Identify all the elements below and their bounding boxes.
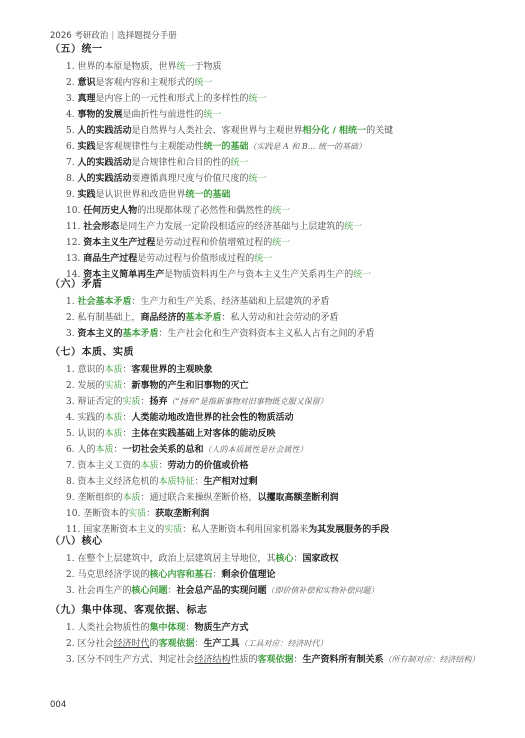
item-number: 3. (66, 94, 75, 104)
keyword-highlight: 客观依据 (258, 655, 294, 665)
bold-term: 商品经济的 (140, 313, 185, 323)
item-text: 垄断资本的 (83, 509, 128, 519)
keyword-highlight: 统一 (272, 206, 290, 216)
item-number: 3. (66, 655, 75, 665)
item-text: 区分社会 (77, 639, 113, 649)
item-text: 是劳动过程与价值形成过程的 (137, 254, 254, 264)
keyword-highlight: 核心 (275, 554, 293, 564)
item-number: 10. (66, 206, 80, 216)
section-embodiment-basis: （九）集中体现、客观依据、标志1. 人类社会物质性的集中体现：物质生产方式2. … (50, 602, 510, 668)
item-number: 1. (66, 365, 75, 375)
item-number: 13. (66, 254, 80, 264)
list-item: 1. 在整个上层建筑中，政治上层建筑居主导地位，其核心：国家政权 (50, 551, 510, 567)
bold-term: 意识 (77, 78, 95, 88)
item-number: 5. (66, 429, 75, 439)
keyword-highlight: 本质 (104, 413, 122, 423)
page-number: 004 (50, 700, 66, 710)
bold-term: 生产工具 (204, 639, 240, 649)
list-item: 2. 意识是客观内容和主观形式的统一 (50, 75, 510, 91)
item-text: 人的 (77, 445, 95, 455)
item-number: 2. (66, 78, 75, 88)
list-item: 10. 任何历史人物的出现都体现了必然性和偶然性的统一 (50, 203, 510, 219)
item-number: 2. (66, 381, 75, 391)
keyword-highlight: 本质 (104, 365, 122, 375)
bold-term: 商品生产过程 (83, 254, 137, 264)
keyword-highlight: 本质 (95, 445, 113, 455)
list-item: 4. 事物的发展是曲折性与前进性的统一 (50, 107, 510, 123)
list-item: 6. 人的本质：一切社会关系的总和（人的本质属性是社会属性） (50, 442, 510, 458)
list-item: 3. 社会再生产的核心问题：社会总产品的实现问题（即价值补偿和实物补偿问题） (50, 583, 510, 599)
item-text: 于物质 (195, 62, 222, 72)
item-text: ： (114, 445, 123, 455)
bold-term: 真理 (77, 94, 95, 104)
item-text: 意识的 (77, 365, 104, 375)
item-number: 2. (66, 639, 75, 649)
item-text: 是同生产力发展一定阶段相适应的经济基础与上层建筑的 (119, 222, 344, 232)
keyword-highlight: 实质 (104, 381, 122, 391)
list-item: 2. 发展的实质：新事物的产生和旧事物的灭亡 (50, 378, 510, 394)
list-item: 1. 人类社会物质性的集中体现：物质生产方式 (50, 620, 510, 636)
bold-term: 实践 (77, 190, 95, 200)
keyword-highlight: 统一 (231, 158, 249, 168)
annotation-note: （实践是 A 和 B... 统一的基础） (249, 142, 366, 151)
item-text: 是劳动过程和价值增殖过程的 (155, 238, 272, 248)
keyword-highlight: 核心内容和基石 (149, 570, 212, 580)
item-number: 7. (66, 158, 75, 168)
header-separator: | (111, 31, 114, 41)
item-text: 的 (150, 639, 159, 649)
bold-term: 社会形态 (83, 222, 119, 232)
annotation-note: （“扬弃”是指新事物对旧事物既克服又保留） (168, 397, 328, 406)
underlined-term: 经济时代 (113, 639, 149, 649)
bold-term: 事物的发展 (77, 110, 122, 120)
item-text: ： (123, 381, 132, 391)
item-text: ： (195, 477, 204, 487)
section-unity: （五）统一1. 世界的本原是物质，世界统一于物质2. 意识是客观内容和主观形式的… (50, 41, 510, 283)
list-item: 1. 意识的本质：客观世界的主观映象 (50, 362, 510, 378)
item-text: ： (141, 397, 150, 407)
list-item: 1. 世界的本原是物质，世界统一于物质 (50, 59, 510, 75)
annotation-note: （人的本质属性是社会属性） (204, 445, 308, 454)
item-text: 的出现都体现了必然性和偶然性的 (137, 206, 272, 216)
list-item: 5. 人的实践活动是自然界与人类社会、客观世界与主观世界相分化 / 相统一的关键 (50, 123, 510, 139)
item-number: 3. (66, 397, 75, 407)
list-item: 3. 真理是内容上的一元性和形式上的多样性的统一 (50, 91, 510, 107)
keyword-highlight: 基本矛盾 (186, 313, 222, 323)
item-text: 是客观规律性与主观能动性 (95, 142, 203, 152)
bold-term: 物质生产方式 (195, 623, 249, 633)
list-item: 5. 认识的本质：主体在实践基础上对客体的能动反映 (50, 426, 510, 442)
section-title: （七）本质、实质 (50, 344, 510, 362)
item-text: 的关键 (366, 126, 393, 136)
list-item: 3. 资本主义的基本矛盾：生产社会化和生产资料资本主义私人占有之间的矛盾 (50, 326, 510, 342)
item-text: 资本主义工资的 (77, 461, 140, 471)
item-number: 1. (66, 623, 75, 633)
item-text: ：通过联合来操纵垄断价格， (141, 493, 258, 503)
section-title: （八）核心 (50, 533, 510, 551)
list-item: 9. 垄断组织的本质：通过联合来操纵垄断价格，以攫取高额垄断利润 (50, 490, 510, 506)
item-text: 性质的 (231, 655, 258, 665)
keyword-highlight: 统一 (249, 174, 267, 184)
bold-term: 新事物的产生和旧事物的灭亡 (132, 381, 249, 391)
item-number: 12. (66, 238, 80, 248)
keyword-highlight: 统一 (272, 238, 290, 248)
annotation-note: （即价值补偿和实物补偿问题） (267, 586, 379, 595)
underlined-term: 经济结构 (194, 655, 230, 665)
book-year: 2026 考研政治 (50, 31, 108, 41)
item-text: 是曲折性与前进性的 (122, 110, 203, 120)
item-number: 5. (66, 126, 75, 136)
annotation-note: （所有制对应：经济结构） (384, 655, 480, 664)
bold-term: 人的实践活动 (77, 158, 131, 168)
item-text: ： (294, 655, 303, 665)
item-number: 2. (66, 570, 75, 580)
bold-term: 社会总产品的实现问题 (177, 586, 267, 596)
keyword-highlight: 本质特征 (158, 477, 194, 487)
list-item: 7. 人的实践活动是合规律性和合目的性的统一 (50, 155, 510, 171)
item-text: 在整个上层建筑中，政治上层建筑居主导地位，其 (77, 554, 275, 564)
annotation-note: （工具对应：经济时代） (240, 639, 328, 648)
item-text: ： (123, 429, 132, 439)
keyword-highlight: 本质 (122, 493, 140, 503)
keyword-highlight: 基本矛盾 (122, 329, 158, 339)
bold-term: 客观世界的主观映象 (132, 365, 213, 375)
item-text: 要遵循真理尺度与价值尺度的 (131, 174, 248, 184)
running-header: 2026 考研政治|选择题提分手册 (50, 29, 177, 41)
item-text: ： (213, 570, 222, 580)
keyword-highlight: 本质 (140, 461, 158, 471)
keyword-highlight: 统一 (254, 254, 272, 264)
bold-term: 以攫取高额垄断利润 (258, 493, 339, 503)
item-number: 4. (66, 413, 75, 423)
bold-term: 任何历史人物 (83, 206, 137, 216)
keyword-highlight: 统一的基础 (186, 190, 231, 200)
list-item: 7. 资本主义工资的本质：劳动力的价值或价格 (50, 458, 510, 474)
bold-term: 实践 (77, 142, 95, 152)
keyword-highlight: 集中体现 (149, 623, 185, 633)
bold-term: 扬弃 (150, 397, 168, 407)
item-number: 1. (66, 62, 75, 72)
list-item: 3. 辩证否定的实质：扬弃（“扬弃”是指新事物对旧事物既克服又保留） (50, 394, 510, 410)
list-item: 8. 资本主义经济危机的本质特征：生产相对过剩 (50, 474, 510, 490)
item-text: ： (186, 623, 195, 633)
keyword-highlight: 实质 (128, 509, 146, 519)
section-contradiction: （六）矛盾1. 社会基本矛盾：生产力和生产关系、经济基础和上层建筑的矛盾2. 私… (50, 276, 510, 342)
keyword-highlight: 统一 (176, 62, 194, 72)
bold-term: 生产资料所有制关系 (303, 655, 384, 665)
item-number: 1. (66, 554, 75, 564)
item-text: 认识的 (77, 429, 104, 439)
item-number: 9. (66, 190, 75, 200)
bold-term: 一切社会关系的总和 (123, 445, 204, 455)
item-text: 发展的 (77, 381, 104, 391)
item-text: ：生产力和生产关系、经济基础和上层建筑的矛盾 (131, 297, 329, 307)
bold-term: 主体在实践基础上对客体的能动反映 (132, 429, 276, 439)
section-title: （九）集中体现、客观依据、标志 (50, 602, 510, 620)
keyword-highlight: 统一 (204, 110, 222, 120)
list-item: 8. 人的实践活动要遵循真理尺度与价值尺度的统一 (50, 171, 510, 187)
item-number: 3. (66, 329, 75, 339)
item-text: 是认识世界和改造世界 (95, 190, 185, 200)
item-text: 垄断组织的 (77, 493, 122, 503)
item-number: 1. (66, 297, 75, 307)
bold-term: 人的实践活动 (77, 174, 131, 184)
item-text: ： (294, 554, 303, 564)
list-item: 1. 社会基本矛盾：生产力和生产关系、经济基础和上层建筑的矛盾 (50, 294, 510, 310)
bold-term: 人类能动地改造世界的社会性的物质活动 (132, 413, 294, 423)
bold-term: 人的实践活动 (77, 126, 131, 136)
item-text: ：生产社会化和生产资料资本主义私人占有之间的矛盾 (159, 329, 375, 339)
list-item: 2. 私有制基础上，商品经济的基本矛盾：私人劳动和社会劳动的矛盾 (50, 310, 510, 326)
item-number: 8. (66, 477, 75, 487)
keyword-highlight: 相分化 / 相统一 (303, 126, 367, 136)
list-item: 10. 垄断资本的实质：获取垄断利润 (50, 506, 510, 522)
item-text: 是自然界与人类社会、客观世界与主观世界 (131, 126, 302, 136)
item-text: 社会再生产的 (77, 586, 131, 596)
item-text: 区分不同生产方式、判定社会 (77, 655, 194, 665)
list-item: 6. 实践是客观规律性与主观能动性统一的基础（实践是 A 和 B... 统一的基… (50, 139, 510, 155)
bold-term: 生产相对过剩 (204, 477, 258, 487)
item-text: 是合规律性和合目的性的 (131, 158, 230, 168)
section-essence: （七）本质、实质1. 意识的本质：客观世界的主观映象2. 发展的实质：新事物的产… (50, 344, 510, 538)
item-text: ： (146, 509, 155, 519)
section-title: （五）统一 (50, 41, 510, 59)
bold-term: 剩余价值理论 (222, 570, 276, 580)
keyword-highlight: 社会基本矛盾 (77, 297, 131, 307)
item-text: ： (123, 365, 132, 375)
keyword-highlight: 实质 (122, 397, 140, 407)
item-text: 资本主义经济危机的 (77, 477, 158, 487)
list-item: 2. 区分社会经济时代的客观依据：生产工具（工具对应：经济时代） (50, 636, 510, 652)
keyword-highlight: 统一 (249, 94, 267, 104)
bold-term: 资本主义生产过程 (83, 238, 155, 248)
item-text: 马克思经济学说的 (77, 570, 149, 580)
item-text: 世界的本原是物质，世界 (77, 62, 176, 72)
section-core: （八）核心1. 在整个上层建筑中，政治上层建筑居主导地位，其核心：国家政权2. … (50, 533, 510, 599)
item-text: 私有制基础上， (77, 313, 140, 323)
list-item: 2. 马克思经济学说的核心内容和基石：剩余价值理论 (50, 567, 510, 583)
keyword-highlight: 本质 (104, 429, 122, 439)
item-text: ： (168, 586, 177, 596)
item-number: 4. (66, 110, 75, 120)
item-number: 6. (66, 445, 75, 455)
bold-term: 劳动力的价值或价格 (168, 461, 249, 471)
list-item: 4. 实践的本质：人类能动地改造世界的社会性的物质活动 (50, 410, 510, 426)
list-item: 3. 区分不同生产方式、判定社会经济结构性质的客观依据：生产资料所有制关系（所有… (50, 652, 510, 668)
item-number: 2. (66, 313, 75, 323)
item-number: 3. (66, 586, 75, 596)
keyword-highlight: 客观依据 (159, 639, 195, 649)
bold-term: 获取垄断利润 (155, 509, 209, 519)
bold-term: 国家政权 (303, 554, 339, 564)
item-text: ：私人劳动和社会劳动的矛盾 (222, 313, 339, 323)
item-text: 是内容上的一元性和形式上的多样性的 (95, 94, 248, 104)
keyword-highlight: 统一 (195, 78, 213, 88)
list-item: 9. 实践是认识世界和改造世界统一的基础 (50, 187, 510, 203)
item-number: 6. (66, 142, 75, 152)
keyword-highlight: 统一 (344, 222, 362, 232)
list-item: 12. 资本主义生产过程是劳动过程和价值增殖过程的统一 (50, 235, 510, 251)
item-text: ： (123, 413, 132, 423)
bold-term: 资本主义的 (77, 329, 122, 339)
item-number: 10. (66, 509, 80, 519)
item-number: 11. (66, 222, 80, 232)
item-text: 人类社会物质性的 (77, 623, 149, 633)
section-title: （六）矛盾 (50, 276, 510, 294)
keyword-highlight: 核心问题 (131, 586, 167, 596)
item-text: 实践的 (77, 413, 104, 423)
list-item: 11. 社会形态是同生产力发展一定阶段相适应的经济基础与上层建筑的统一 (50, 219, 510, 235)
book-title: 选择题提分手册 (117, 31, 177, 41)
item-number: 9. (66, 493, 75, 503)
item-text: 是客观内容和主观形式的 (95, 78, 194, 88)
item-number: 8. (66, 174, 75, 184)
item-text: ： (195, 639, 204, 649)
item-text: ： (159, 461, 168, 471)
keyword-highlight: 统一的基础 (204, 142, 249, 152)
item-text: 辩证否定的 (77, 397, 122, 407)
list-item: 13. 商品生产过程是劳动过程与价值形成过程的统一 (50, 251, 510, 267)
item-number: 7. (66, 461, 75, 471)
